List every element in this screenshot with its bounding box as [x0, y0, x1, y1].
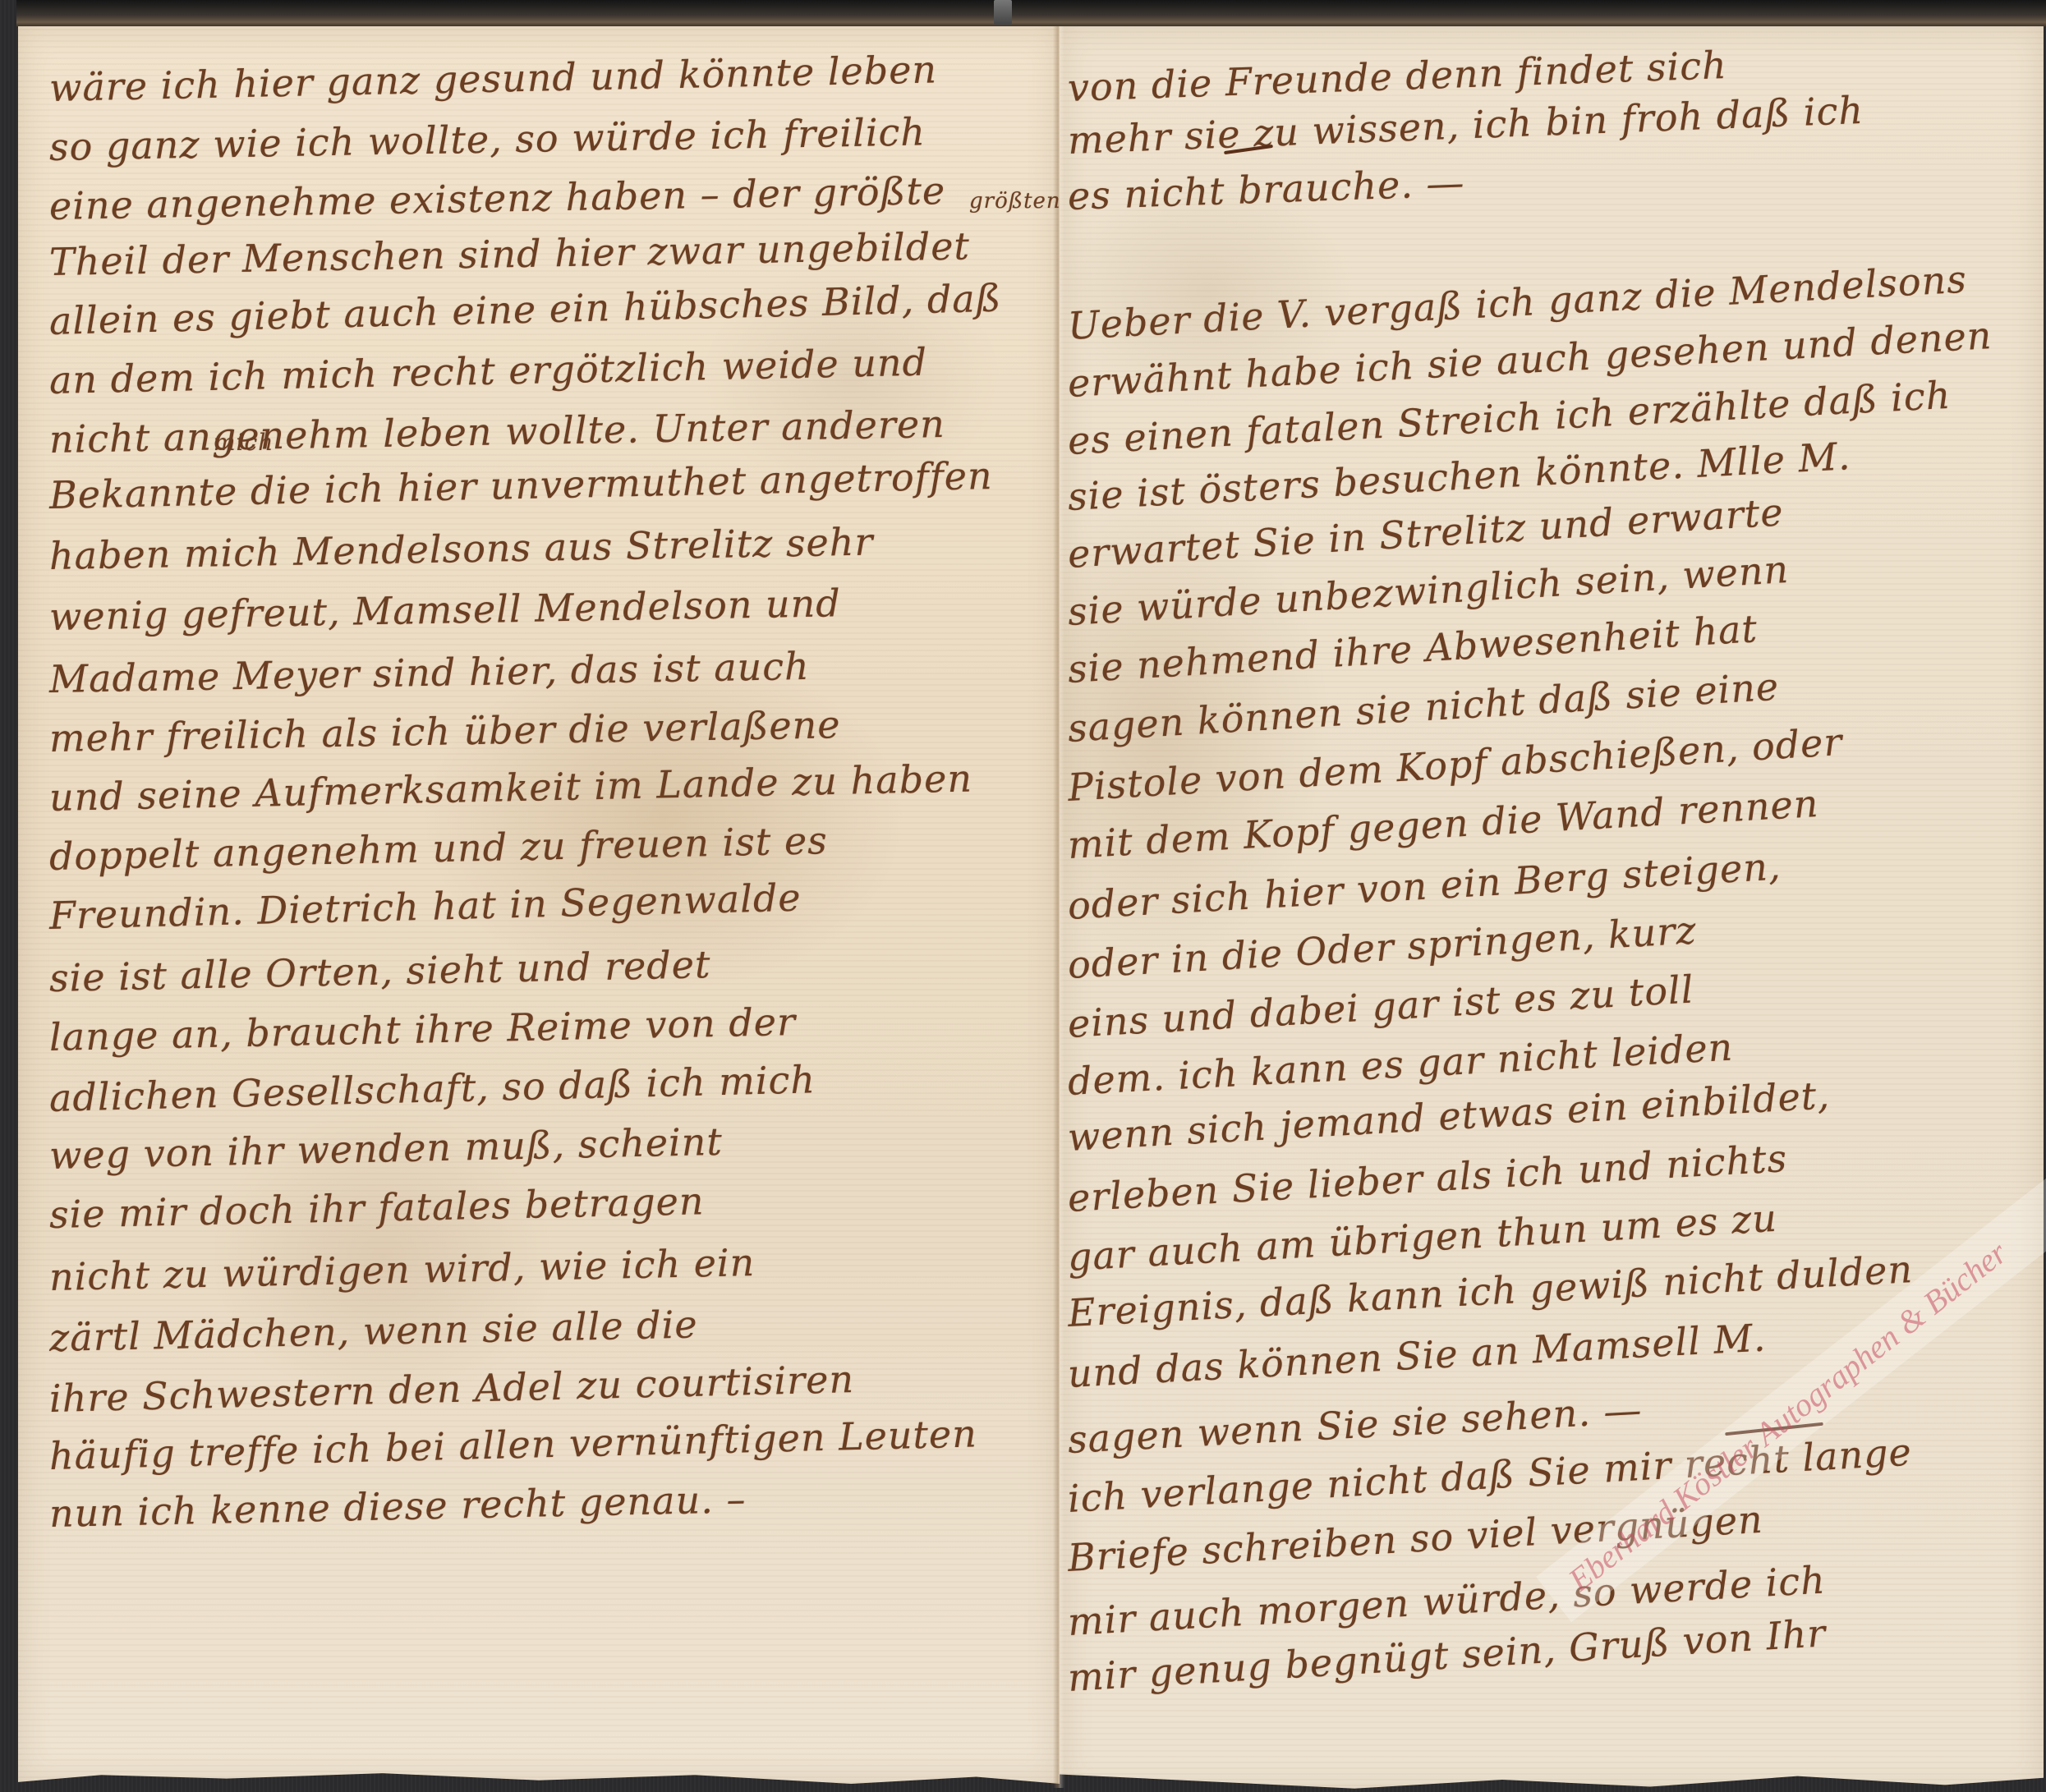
binding-rail — [16, 0, 2046, 28]
mount-clip — [994, 0, 1012, 25]
interlinear-insertion: größten — [969, 189, 1061, 214]
interlinear-insertion: mich — [214, 429, 274, 456]
center-fold — [1053, 26, 1064, 1788]
